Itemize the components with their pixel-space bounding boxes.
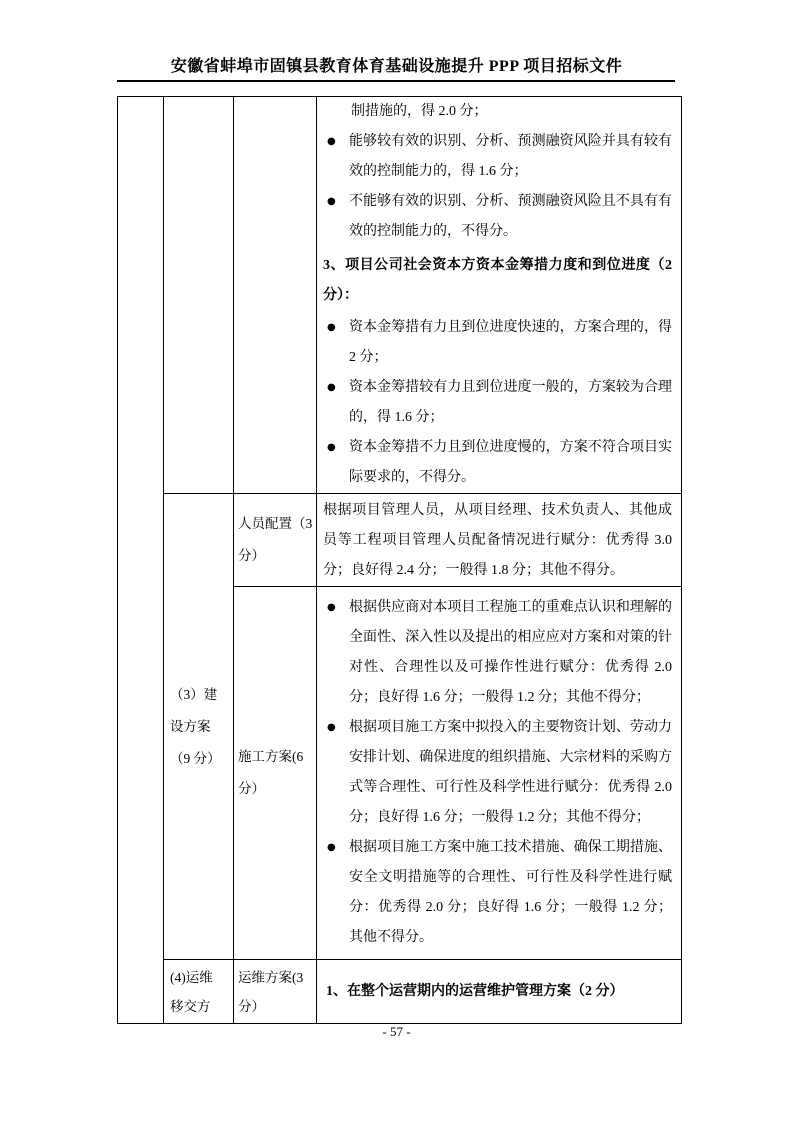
criterion-text: 资本金筹措较有力且到位进度一般的，方案较为合理的，得 1.6 分； — [349, 373, 681, 433]
cell-category-operation-handover: (4)运维移交方 — [164, 960, 234, 1024]
criterion-text: 根据供应商对本项目工程施工的重难点认识和理解的全面性、深入性以及提出的相应应对方… — [349, 593, 681, 713]
cell-subcategory-empty — [234, 97, 317, 494]
criterion-bullet: ● 根据项目施工方案中拟投入的主要物资计划、劳动力安排计划、确保进度的组织措施、… — [317, 713, 681, 833]
criterion-bullet: ● 根据供应商对本项目工程施工的重难点认识和理解的全面性、深入性以及提出的相应应… — [317, 593, 681, 713]
cell-staffing-criteria: 根据项目管理人员，从项目经理、技术负责人、其他成员等工程项目管理人员配备情况进行… — [317, 494, 682, 587]
bullet-icon: ● — [327, 313, 349, 373]
page-number: - 57 - — [0, 1024, 793, 1040]
criterion-bullet: ● 资本金筹措不力且到位进度慢的，方案不符合项目实际要求的，不得分。 — [317, 433, 681, 493]
cell-sub-construction-scheme: 施工方案(6 分） — [234, 587, 317, 960]
criterion-bullet: ● 能够较有效的识别、分析、预测融资风险并具有较有效的控制能力的，得 1.6 分… — [317, 127, 681, 187]
bullet-icon: ● — [327, 373, 349, 433]
table-row: (4)运维移交方 运维方案(3 分） 1、在整个运营期内的运营维护管理方案（2 … — [118, 960, 682, 1024]
bullet-icon: ● — [327, 187, 349, 247]
criterion-text: 资本金筹措不力且到位进度慢的，方案不符合项目实际要求的，不得分。 — [349, 433, 681, 493]
cell-category-construction-plan: （3）建设方案（9 分） — [164, 494, 234, 960]
cell-left-spacer-column — [118, 97, 164, 1024]
header-rule — [117, 80, 675, 82]
bullet-icon: ● — [327, 433, 349, 493]
criterion-heading: 3、项目公司社会资本方资本金筹措力度和到位进度（2 分）： — [317, 251, 681, 311]
bullet-icon: ● — [327, 593, 349, 713]
document-header-title: 安徽省蚌埠市固镇县教育体育基础设施提升 PPP 项目招标文件 — [0, 53, 793, 76]
cell-sub-operation-scheme: 运维方案(3 分） — [234, 960, 317, 1024]
table-row: （3）建设方案（9 分） 人员配置（3 分） 根据项目管理人员，从项目经理、技术… — [118, 494, 682, 587]
criterion-text: 根据项目施工方案中拟投入的主要物资计划、劳动力安排计划、确保进度的组织措施、大宗… — [349, 713, 681, 833]
bullet-icon: ● — [327, 127, 349, 187]
criterion-paragraph: 根据项目管理人员，从项目经理、技术负责人、其他成员等工程项目管理人员配备情况进行… — [317, 494, 681, 586]
criterion-bullet: ● 不能够有效的识别、分析、预测融资风险且不具有有效的控制能力的，不得分。 — [317, 187, 681, 247]
cell-sub-staffing: 人员配置（3 分） — [234, 494, 317, 587]
cell-category-empty — [164, 97, 234, 494]
bullet-icon: ● — [327, 833, 349, 953]
criterion-bullet: ● 资本金筹措有力且到位进度快速的，方案合理的，得 2 分； — [317, 313, 681, 373]
criterion-text: 不能够有效的识别、分析、预测融资风险且不具有有效的控制能力的，不得分。 — [349, 187, 681, 247]
cell-financing-criteria: 制措施的，得 2.0 分； ● 能够较有效的识别、分析、预测融资风险并具有较有效… — [317, 97, 682, 494]
continued-paragraph: 制措施的，得 2.0 分； — [351, 97, 681, 127]
criterion-text: 资本金筹措有力且到位进度快速的，方案合理的，得 2 分； — [349, 313, 681, 373]
cell-operation-criteria: 1、在整个运营期内的运营维护管理方案（2 分） — [317, 960, 682, 1024]
bullet-icon: ● — [327, 713, 349, 833]
evaluation-criteria-table: 制措施的，得 2.0 分； ● 能够较有效的识别、分析、预测融资风险并具有较有效… — [117, 96, 682, 1024]
criterion-text: 根据项目施工方案中施工技术措施、确保工期措施、安全文明措施等的合理性、可行性及科… — [349, 833, 681, 953]
criterion-bullet: ● 资本金筹措较有力且到位进度一般的，方案较为合理的，得 1.6 分； — [317, 373, 681, 433]
criterion-heading: 1、在整个运营期内的运营维护管理方案（2 分） — [317, 977, 681, 1007]
document-page: 安徽省蚌埠市固镇县教育体育基础设施提升 PPP 项目招标文件 制措施的，得 2.… — [0, 0, 793, 1122]
table-row: 制措施的，得 2.0 分； ● 能够较有效的识别、分析、预测融资风险并具有较有效… — [118, 97, 682, 494]
criterion-text: 能够较有效的识别、分析、预测融资风险并具有较有效的控制能力的，得 1.6 分； — [349, 127, 681, 187]
cell-construction-criteria: ● 根据供应商对本项目工程施工的重难点认识和理解的全面性、深入性以及提出的相应应… — [317, 587, 682, 960]
criterion-bullet: ● 根据项目施工方案中施工技术措施、确保工期措施、安全文明措施等的合理性、可行性… — [317, 833, 681, 953]
